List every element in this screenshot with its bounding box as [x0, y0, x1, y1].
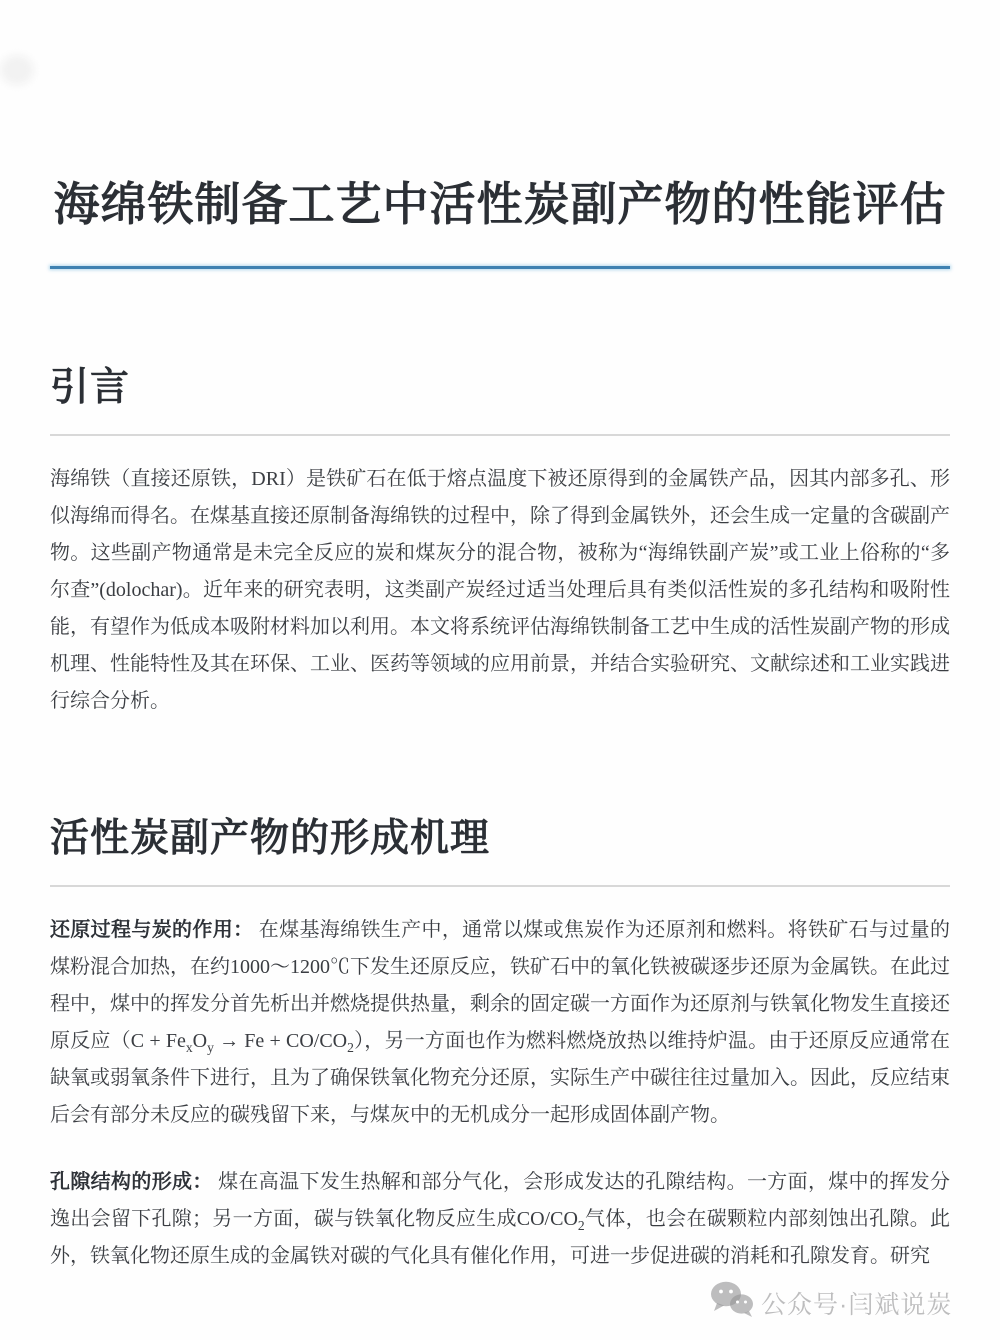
document-title: 海绵铁制备工艺中活性炭副产物的性能评估 — [50, 168, 950, 240]
scan-artifact — [0, 55, 34, 85]
intro-paragraph: 海绵铁（直接还原铁，DRI）是铁矿石在低于熔点温度下被还原得到的金属铁产品，因其… — [50, 461, 950, 720]
heading-divider — [50, 885, 950, 887]
pore-structure-paragraph: 孔隙结构的形成： 煤在高温下发生热解和部分气化，会形成发达的孔隙结构。一方面，煤… — [50, 1164, 950, 1275]
watermark: 公众号·闫斌说炭 — [710, 1280, 952, 1325]
wechat-icon — [710, 1280, 754, 1325]
watermark-text: 公众号·闫斌说炭 — [761, 1285, 952, 1321]
document-page: 海绵铁制备工艺中活性炭副产物的性能评估 引言 海绵铁（直接还原铁，DRI）是铁矿… — [0, 0, 1000, 1340]
section-introduction: 引言 海绵铁（直接还原铁，DRI）是铁矿石在低于熔点温度下被还原得到的金属铁产品… — [50, 364, 950, 720]
section-heading-introduction: 引言 — [50, 364, 950, 412]
section-formation-mechanism: 活性炭副产物的形成机理 还原过程与炭的作用： 在煤基海绵铁生产中，通常以煤或焦炭… — [50, 815, 950, 1275]
heading-divider — [50, 434, 950, 436]
section-heading-formation-mechanism: 活性炭副产物的形成机理 — [50, 815, 950, 863]
title-divider — [50, 266, 950, 269]
reduction-process-paragraph: 还原过程与炭的作用： 在煤基海绵铁生产中，通常以煤或焦炭作为还原剂和燃料。将铁矿… — [50, 912, 950, 1134]
